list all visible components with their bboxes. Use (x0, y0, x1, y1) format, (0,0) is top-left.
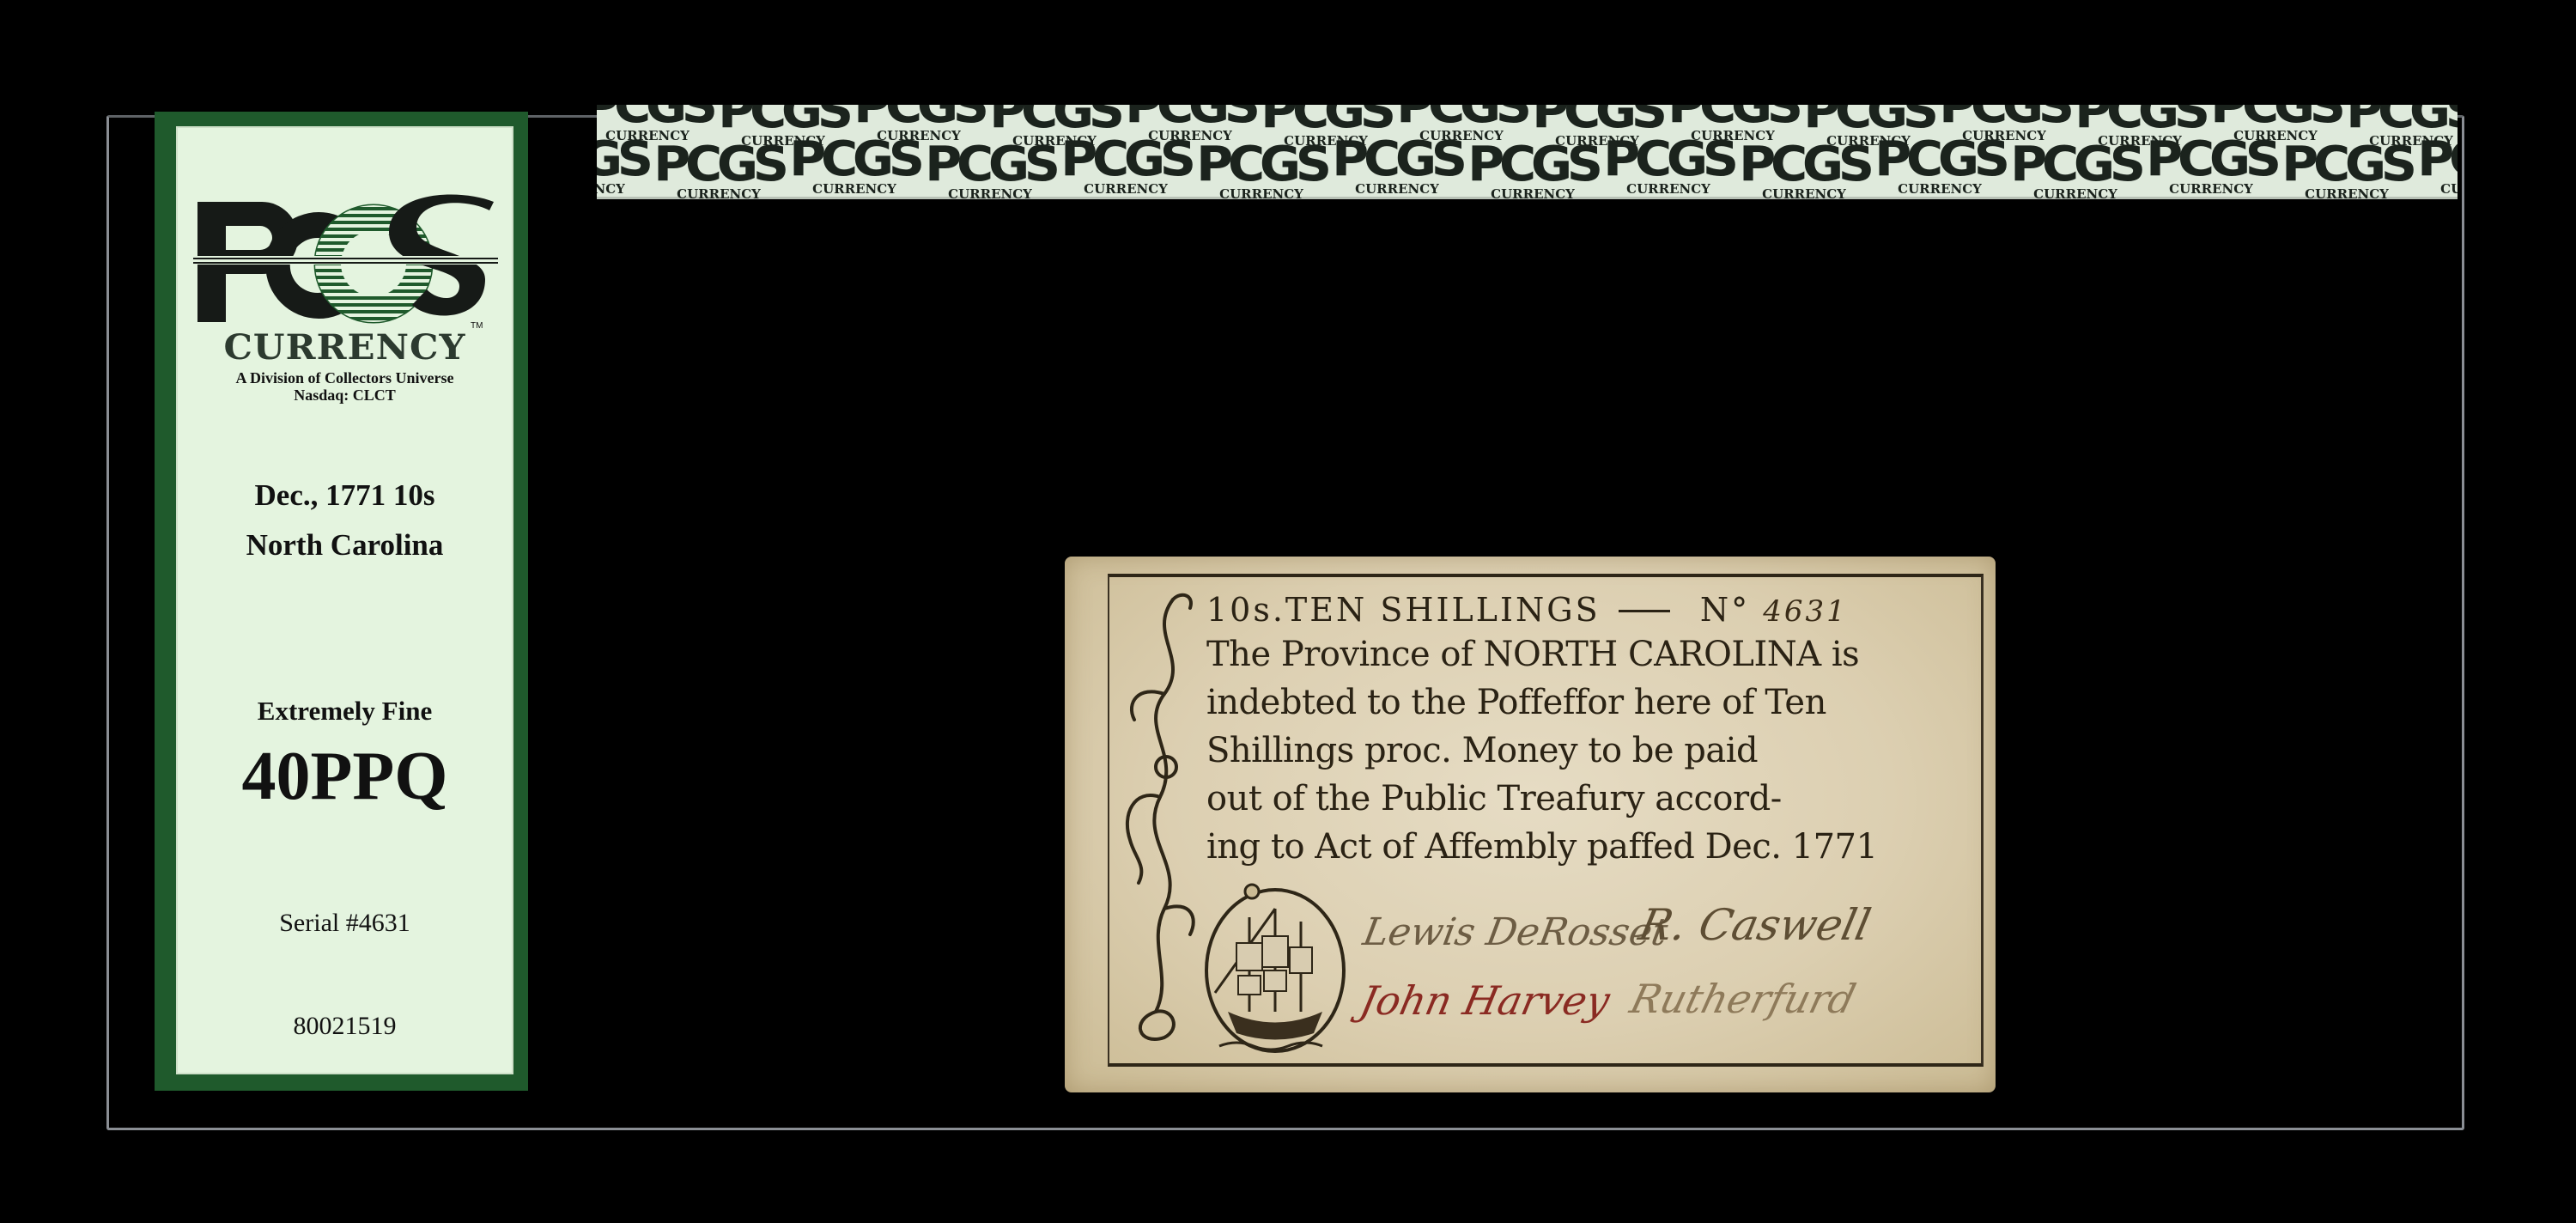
strip-logo-unit: PCGSCURRENCY (597, 137, 651, 196)
label-panel: TM CURRENCY A Division of Collectors Uni… (176, 126, 513, 1074)
strip-logo-unit: PCGSCURRENCY (787, 137, 922, 196)
ship-vignette-icon (1202, 883, 1348, 1055)
signature-2: R. Caswell (1635, 900, 1875, 950)
strip-logo-unit: PCGSCURRENCY (1058, 137, 1194, 196)
grade-value: 40PPQ (176, 738, 513, 815)
note-denomination: 10s.TEN SHILLINGS (1206, 591, 1601, 629)
serial-number: Serial #4631 (176, 909, 513, 938)
division-text: A Division of Collectors Universe (176, 369, 513, 386)
strip-logo-unit: PCGSCURRENCY (2279, 143, 2415, 199)
note-line-1: The Province of NORTH CAROLINA is (1206, 630, 1979, 678)
note-line-2: indebted to the Poffeffor here of Ten (1206, 678, 1979, 727)
note-line-4: out of the Public Treafury accord- (1206, 775, 1979, 823)
brand-subtitle: CURRENCY (167, 331, 522, 365)
note-text: 10s.TEN SHILLINGS N° 4631 The Province o… (1206, 591, 1979, 871)
signature-4: Rutherfurd (1625, 976, 1860, 1022)
floral-ornament-icon (1113, 582, 1216, 1050)
strip-logo-unit: PCGSCURRENCY (2143, 137, 2279, 196)
note-state: North Carolina (176, 528, 513, 563)
strip-logo-unit: PCGSCURRENCY (1601, 137, 1736, 196)
strip-logo-unit: PCGSCURRENCY (2415, 137, 2458, 196)
note-serial: 4631 (1763, 594, 1848, 629)
signature-1: Lewis DeRosset (1360, 910, 1671, 954)
flourish (1619, 610, 1670, 612)
banknote: 10s.TEN SHILLINGS N° 4631 The Province o… (1065, 557, 1996, 1092)
note-description: Dec., 1771 10s (176, 478, 513, 513)
strip-logo-unit: PCGSCURRENCY (2008, 143, 2143, 199)
strip-logo-unit: PCGSCURRENCY (1194, 143, 1329, 199)
grading-label: TM CURRENCY A Division of Collectors Uni… (155, 112, 528, 1091)
strip-logo-unit: PCGSCURRENCY (922, 143, 1058, 199)
signature-3: John Harvey (1356, 977, 1613, 1024)
grade-description: Extremely Fine (176, 696, 513, 727)
pcgs-logo (176, 193, 513, 331)
security-strip: PCGSCURRENCYPCGSCURRENCYPCGSCURRENCYPCGS… (597, 105, 2458, 199)
strip-row-bottom: PCGSCURRENCYPCGSCURRENCYPCGSCURRENCYPCGS… (597, 137, 2458, 199)
strip-logo-unit: PCGSCURRENCY (1736, 143, 1872, 199)
note-line-5: ing to Act of Affembly paffed Dec. 1771 (1206, 823, 1979, 871)
note-line-3: Shillings proc. Money to be paid (1206, 727, 1979, 775)
strip-logo-unit: PCGSCURRENCY (1329, 137, 1465, 196)
nasdaq-text: Nasdaq: CLCT (176, 386, 513, 404)
number-prefix: N° (1700, 591, 1750, 629)
strip-logo-unit: PCGSCURRENCY (651, 143, 787, 199)
cert-number: 80021519 (176, 1012, 513, 1041)
trademark: TM (471, 321, 483, 331)
strip-logo-unit: PCGSCURRENCY (1465, 143, 1601, 199)
strip-logo-unit: PCGSCURRENCY (1872, 137, 2008, 196)
pcgs-logo-icon (193, 193, 498, 331)
note-title: 10s.TEN SHILLINGS N° 4631 (1206, 591, 1979, 630)
